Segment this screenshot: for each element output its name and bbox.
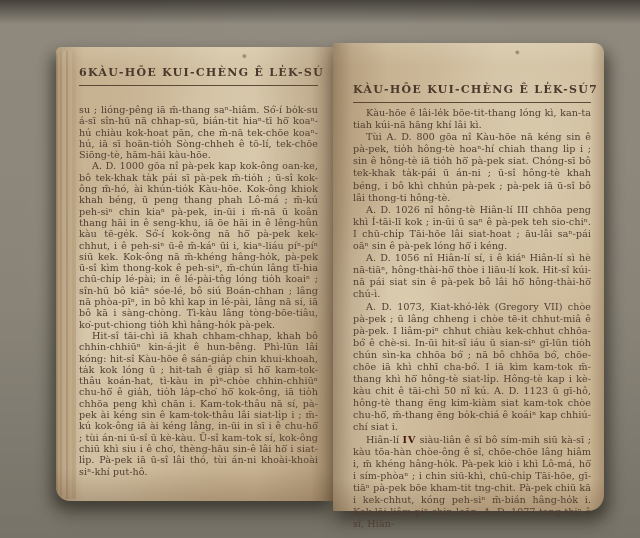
right-page: KÀU-HŌE KUI-CHÈNG Ê LE̍K-SÚ 7 Kàu-hōe ê … [333, 43, 604, 511]
right-page-content: KÀU-HŌE KUI-CHÈNG Ê LE̍K-SÚ 7 Kàu-hōe ê … [353, 83, 591, 531]
handwritten-annotation-iv: IV [403, 435, 417, 446]
paragraph-text: siàu-liân ê sî bô sím-mih siū kà-sī ; kà… [353, 435, 591, 531]
left-page-header: 6 KÀU-HŌE KUI-CHÈNG Ê LE̍K-SÚ [79, 66, 318, 79]
paragraph-text: Hiân-lí [366, 435, 403, 446]
photo-background: 6 KÀU-HŌE KUI-CHÈNG Ê LE̍K-SÚ su ; lióng… [0, 0, 640, 538]
paragraph: su ; lióng-pêng iā m̄-thang saⁿ-hiâm. Só… [79, 105, 318, 161]
paragraph: Tùi A. D. 800 gōa nî Kàu-hōe nā kéng sin… [353, 132, 591, 205]
right-header-rule [353, 102, 591, 103]
right-page-header: KÀU-HŌE KUI-CHÈNG Ê LE̍K-SÚ 7 [353, 83, 591, 96]
paragraph: Hit-sî tāi-chì iā khah chham-chhap, khah… [79, 331, 318, 478]
left-page-content: 6 KÀU-HŌE KUI-CHÈNG Ê LE̍K-SÚ su ; lióng… [79, 66, 318, 478]
left-page-number: 6 [79, 66, 88, 79]
paragraph: Hiân-lí IV siàu-liân ê sî bô sím-mih siū… [353, 435, 591, 532]
left-header-rule [79, 85, 318, 86]
right-page-number: 7 [589, 83, 598, 96]
paragraph: A. D. 1073, Kiat-khó-le̍k (Gregory VII) … [353, 302, 591, 435]
left-page: 6 KÀU-HŌE KUI-CHÈNG Ê LE̍K-SÚ su ; lióng… [56, 47, 333, 501]
paragraph: A. D. 1056 nî Hiân-lí sí, i ê kiáⁿ Hiân-… [353, 253, 591, 301]
paragraph: A. D. 1000 gōa nî pà-pek kap kok-ông oan… [79, 161, 318, 330]
paragraph: A. D. 1026 nî hông-tè Hiân-lí III chhōa … [353, 205, 591, 253]
paragraph: Kàu-hōe ê lâi-le̍k bōe-tit-thang lóng kì… [353, 108, 591, 132]
left-running-title: KÀU-HŌE KUI-CHÈNG Ê LE̍K-SÚ [88, 66, 324, 79]
right-running-title: KÀU-HŌE KUI-CHÈNG Ê LE̍K-SÚ [353, 83, 589, 96]
